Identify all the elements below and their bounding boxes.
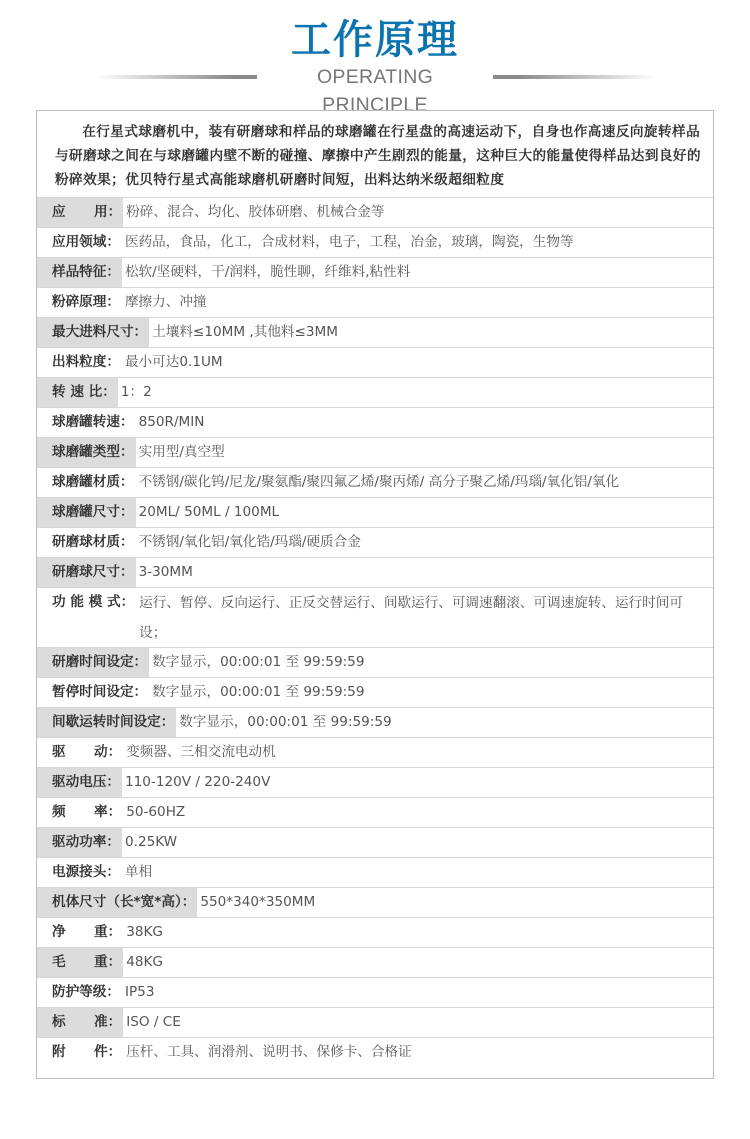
spec-value: 110-120V / 220-240V xyxy=(122,768,713,797)
intro-paragraph: 在行星式球磨机中，装有研磨球和样品的球磨罐在行星盘的高速运动下，自身也作高速反向… xyxy=(37,111,705,192)
spec-value: 变频器、三相交流电动机 xyxy=(123,738,713,767)
spec-row-application: 应 用：粉碎、混合、均化、胶体研磨、机械合金等 xyxy=(37,198,713,228)
spec-label: 研磨时间设定： xyxy=(37,648,149,677)
spec-row-drive: 驱 动：变频器、三相交流电动机 xyxy=(37,738,713,768)
spec-label: 标 准： xyxy=(37,1008,123,1037)
spec-row-speed-ratio: 转 速 比：1：2 xyxy=(37,378,713,408)
spec-label: 球磨罐材质： xyxy=(37,468,136,497)
spec-label: 最大进料尺寸： xyxy=(37,318,149,347)
spec-label: 球磨罐转速： xyxy=(37,408,136,437)
spec-value: 松软/坚硬料，干/润料，脆性聊，纤维料,粘性料 xyxy=(122,258,713,287)
spec-label: 驱动功率： xyxy=(37,828,122,857)
spec-row-ball-size: 研磨球尺寸：3-30MM xyxy=(37,558,713,588)
spec-value: 数字显示，00:00:01 至 99:59:59 xyxy=(149,678,713,707)
spec-value: 0.25KW xyxy=(122,828,713,857)
subtitle-row: OPERATING PRINCIPLE xyxy=(0,63,750,91)
spec-value: 1：2 xyxy=(118,378,713,407)
spec-label: 频 率： xyxy=(37,798,123,827)
spec-label: 球磨罐尺寸： xyxy=(37,498,136,527)
spec-rows: 应 用：粉碎、混合、均化、胶体研磨、机械合金等 应用领域：医药品，食品，化工，合… xyxy=(37,198,713,1068)
spec-label: 间歇运转时间设定： xyxy=(37,708,176,737)
spec-value: 医药品，食品，化工，合成材料，电子，工程，冶金，玻璃，陶瓷，生物等 xyxy=(122,228,713,257)
spec-row-power-connector: 电源接头：单相 xyxy=(37,858,713,888)
spec-row-accessories: 附 件：压杆、工具、润滑剂、说明书、保修卡、合格证 xyxy=(37,1038,713,1068)
spec-value: 单相 xyxy=(122,858,713,887)
spec-label: 研磨球材质： xyxy=(37,528,136,557)
spec-value: 3-30MM xyxy=(136,558,713,587)
spec-value: 数字显示，00:00:01 至 99:59:59 xyxy=(149,648,713,677)
page-title: 工作原理 xyxy=(0,14,750,66)
spec-row-protection-rating: 防护等级：IP53 xyxy=(37,978,713,1008)
spec-label: 防护等级： xyxy=(37,978,122,1007)
spec-label: 机体尺寸（长*宽*高）： xyxy=(37,888,197,917)
spec-value: 数字显示，00:00:01 至 99:59:59 xyxy=(176,708,713,737)
spec-row-drive-voltage: 驱动电压：110-120V / 220-240V xyxy=(37,768,713,798)
spec-label: 驱动电压： xyxy=(37,768,122,797)
divider-line-left xyxy=(95,75,257,79)
spec-row-jar-speed: 球磨罐转速：850R/MIN xyxy=(37,408,713,438)
spec-label: 毛 重： xyxy=(37,948,123,977)
spec-row-jar-type: 球磨罐类型：实用型/真空型 xyxy=(37,438,713,468)
spec-label: 转 速 比： xyxy=(37,378,118,407)
spec-label: 电源接头： xyxy=(37,858,122,887)
spec-row-function-mode: 功 能 模 式：运行、暂停、反向运行、正反交替运行、间歇运行、可调速翻滚、可调速… xyxy=(37,588,713,648)
spec-table: 在行星式球磨机中，装有研磨球和样品的球磨罐在行星盘的高速运动下，自身也作高速反向… xyxy=(36,110,714,1079)
spec-value: 48KG xyxy=(123,948,713,977)
spec-row-frequency: 频 率：50-60HZ xyxy=(37,798,713,828)
spec-value: 不锈钢/碳化钨/尼龙/聚氨酯/聚四氟乙烯/聚丙烯/ 高分子聚乙烯/玛瑙/氧化铝/… xyxy=(136,468,713,497)
divider-line-right xyxy=(493,75,657,79)
spec-row-gross-weight: 毛 重：48KG xyxy=(37,948,713,978)
spec-value: 摩擦力、冲撞 xyxy=(122,288,713,317)
spec-label: 出料粒度： xyxy=(37,348,122,377)
intro-section: 在行星式球磨机中，装有研磨球和样品的球磨罐在行星盘的高速运动下，自身也作高速反向… xyxy=(37,111,713,198)
spec-value: 550*340*350MM xyxy=(197,888,713,917)
spec-label: 功 能 模 式： xyxy=(37,588,136,647)
spec-value: IP53 xyxy=(122,978,713,1007)
spec-row-max-feed-size: 最大进料尺寸：土壤料≤10MM ,其他料≤3MM xyxy=(37,318,713,348)
spec-row-drive-power: 驱动功率：0.25KW xyxy=(37,828,713,858)
spec-value: 38KG xyxy=(123,918,713,947)
spec-row-interval-time: 间歇运转时间设定：数字显示，00:00:01 至 99:59:59 xyxy=(37,708,713,738)
spec-value: 实用型/真空型 xyxy=(136,438,713,467)
spec-label: 样品特征： xyxy=(37,258,122,287)
spec-value: 850R/MIN xyxy=(136,408,713,437)
spec-row-jar-size: 球磨罐尺寸：20ML/ 50ML / 100ML xyxy=(37,498,713,528)
spec-label: 粉碎原理： xyxy=(37,288,122,317)
spec-label: 应用领域： xyxy=(37,228,122,257)
spec-label: 净 重： xyxy=(37,918,123,947)
spec-label: 研磨球尺寸： xyxy=(37,558,136,587)
spec-value: 不锈钢/氧化铝/氧化锆/玛瑙/硬质合金 xyxy=(136,528,713,557)
spec-label: 暂停时间设定： xyxy=(37,678,149,707)
spec-label: 球磨罐类型： xyxy=(37,438,136,467)
spec-value: 压杆、工具、润滑剂、说明书、保修卡、合格证 xyxy=(123,1038,713,1068)
section-header: 工作原理 OPERATING PRINCIPLE xyxy=(0,0,750,105)
spec-row-pause-time: 暂停时间设定：数字显示，00:00:01 至 99:59:59 xyxy=(37,678,713,708)
spec-row-net-weight: 净 重：38KG xyxy=(37,918,713,948)
spec-value: 土壤料≤10MM ,其他料≤3MM xyxy=(149,318,713,347)
spec-row-grinding-time: 研磨时间设定：数字显示，00:00:01 至 99:59:59 xyxy=(37,648,713,678)
spec-value: 最小可达0.1UM xyxy=(122,348,713,377)
spec-label: 应 用： xyxy=(37,198,123,227)
spec-label: 驱 动： xyxy=(37,738,123,767)
spec-row-output-granularity: 出料粒度：最小可达0.1UM xyxy=(37,348,713,378)
spec-value: ISO / CE xyxy=(123,1008,713,1037)
spec-row-crushing-principle: 粉碎原理：摩擦力、冲撞 xyxy=(37,288,713,318)
spec-row-sample-characteristics: 样品特征：松软/坚硬料，干/润料，脆性聊，纤维料,粘性料 xyxy=(37,258,713,288)
spec-row-ball-material: 研磨球材质：不锈钢/氧化铝/氧化锆/玛瑙/硬质合金 xyxy=(37,528,713,558)
spec-value: 运行、暂停、反向运行、正反交替运行、间歇运行、可调速翻滚、可调速旋转、运行时间可… xyxy=(136,588,713,647)
spec-row-standard: 标 准：ISO / CE xyxy=(37,1008,713,1038)
spec-value: 50-60HZ xyxy=(123,798,713,827)
spec-row-dimensions: 机体尺寸（长*宽*高）：550*340*350MM xyxy=(37,888,713,918)
spec-row-application-fields: 应用领域：医药品，食品，化工，合成材料，电子，工程，冶金，玻璃，陶瓷，生物等 xyxy=(37,228,713,258)
spec-value: 粉碎、混合、均化、胶体研磨、机械合金等 xyxy=(123,198,713,227)
spec-row-jar-material: 球磨罐材质：不锈钢/碳化钨/尼龙/聚氨酯/聚四氟乙烯/聚丙烯/ 高分子聚乙烯/玛… xyxy=(37,468,713,498)
spec-value: 20ML/ 50ML / 100ML xyxy=(136,498,713,527)
spec-label: 附 件： xyxy=(37,1038,123,1068)
